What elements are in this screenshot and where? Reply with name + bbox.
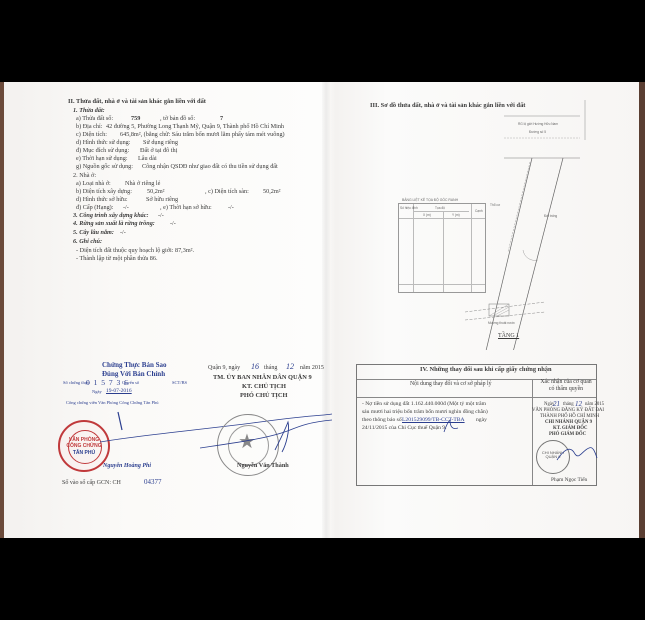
floor-area-label: , c) Diện tích sàn: <box>205 189 249 195</box>
floor-label: TẦNG 1 <box>498 333 519 339</box>
area-value: 645,8m², (bằng chữ: Sáu trăm bốn mươi lă… <box>120 132 285 138</box>
certification-line-2: Đúng Với Bản Chính <box>102 371 165 378</box>
bottom-road-lines <box>465 298 545 323</box>
parcel-number: 759 <box>131 116 140 122</box>
confirm-day: 21 <box>553 401 560 408</box>
ownership-value: Sở hữu riêng <box>146 197 178 203</box>
page-edge-left <box>0 82 4 538</box>
district-signer: Nguyễn Văn Thành <box>237 463 289 469</box>
map-number: 7 <box>220 116 223 122</box>
forest-value: -/- <box>170 221 176 227</box>
section-4-heading: IV. Những thay đổi sau khi cấp giấy chứn… <box>420 367 552 373</box>
perennial-value: -/- <box>120 230 126 236</box>
house-title: 2. Nhà ở: <box>73 173 96 179</box>
forest-label: 4. Rừng sản xuất là rừng trồng: <box>73 221 155 227</box>
confirm-role-2: PHÓ GIÁM ĐỐC <box>549 433 586 438</box>
district-signature <box>200 400 340 470</box>
coord-header-edge: Cạnh <box>475 209 483 213</box>
built-area-label: b) Diện tích xây dựng: <box>76 189 132 195</box>
perennial-label: 5. Cây lâu năm: <box>73 230 114 236</box>
built-area-value: 50,2m² <box>147 189 165 195</box>
address-label: b) Địa chỉ: <box>76 124 102 130</box>
land-title: 1. Thửa đất: <box>73 108 105 114</box>
road-top-note: RG lộ giới Hướng Hữu Nam <box>518 122 558 126</box>
certification-book-label: Quyển số <box>122 381 139 386</box>
coord-header-x: X (m) <box>423 213 431 217</box>
origin-label: g) Nguồn gốc sử dụng: <box>76 164 133 170</box>
coord-header-vertex: Số hiệu đỉnh <box>400 206 418 210</box>
term-label: e) Thời hạn sử dụng: <box>76 156 128 162</box>
origin-value: Công nhận QSDĐ như giao đất có thu tiền … <box>142 164 278 170</box>
notary-name: Nguyễn Hoàng Phi <box>103 463 151 469</box>
page-edge-right <box>639 82 645 538</box>
parcel-label: a) Thửa đất số: <box>76 116 113 122</box>
own-term-value: -/- <box>228 205 234 211</box>
coord-header-coord: Tọa độ <box>435 206 445 210</box>
area-label: c) Diện tích: <box>76 132 107 138</box>
house-type-value: Nhà ở riêng lẻ <box>125 181 160 187</box>
change-content-line: 24/11/2015 của Chi Cục thuế Quận 9. <box>362 426 446 432</box>
road-top-label: Đường số 5 <box>529 130 546 134</box>
change-content-line: ngày <box>476 418 487 424</box>
signing-month: 12 <box>286 363 294 371</box>
floor-area-value: 50,2m² <box>263 189 281 195</box>
confirm-signer: Phạm Ngọc Tiến <box>551 478 587 483</box>
signing-role-1: KT. CHỦ TỊCH <box>242 384 286 390</box>
other-works-label: 3. Công trình xây dựng khác: <box>73 213 149 219</box>
map-label: , tờ bản đồ số: <box>160 116 195 122</box>
change-content-line: sáu mươi hai triệu bốn trăm bốn mươi ngh… <box>362 410 488 416</box>
registry-label: Số vào sổ cấp GCN: CH <box>62 480 121 486</box>
use-form-label: d) Hình thức sử dụng: <box>76 140 131 146</box>
signing-date-prefix: Quận 9, ngày <box>208 365 240 371</box>
signing-role-2: PHÓ CHỦ TỊCH <box>240 393 287 399</box>
ownership-label: d) Hình thức sở hữu: <box>76 197 128 203</box>
changes-col-content-header: Nội dung thay đổi và cơ sở pháp lý <box>410 382 491 388</box>
signing-org: TM. ỦY BAN NHÂN DÂN QUẬN 9 <box>213 375 312 381</box>
change-content-line: theo thông báo số <box>362 418 402 424</box>
note-item: - Thành lập từ một phần thửa 86. <box>76 256 158 262</box>
term-value: Lâu dài <box>138 156 157 162</box>
purpose-value: Đất ở tại đô thị <box>140 148 177 154</box>
house-label: Thổ cư <box>490 203 500 207</box>
confirm-month: 12 <box>575 401 582 408</box>
notes-title: 6. Ghi chú: <box>73 239 102 245</box>
house-type-label: a) Loại nhà ở: <box>76 181 111 187</box>
neighbor-label: Đất trống <box>544 214 557 218</box>
change-initials <box>440 418 460 434</box>
grade-label: đ) Cấp (Hạng): <box>76 205 113 211</box>
changes-col-confirm-header: Xác nhận của cơ quan có thẩm quyền <box>538 379 594 393</box>
address-value: 42 đường 5, Phường Long Thạnh Mỹ, Quận 9… <box>106 124 284 130</box>
signing-year: năm 2015 <box>300 365 324 371</box>
own-term-label: , e) Thời hạn sở hữu: <box>160 205 212 211</box>
change-content-line: - Nợ tiền sử dụng đất 1.162.440.000đ (Mộ… <box>362 402 486 408</box>
signing-day: 16 <box>251 363 259 371</box>
purpose-label: đ) Mục đích sử dụng: <box>76 148 129 154</box>
coord-header-y: Y (m) <box>452 213 460 217</box>
other-works-value: -/- <box>158 213 164 219</box>
grade-value: -/- <box>123 205 129 211</box>
signing-month-label: tháng <box>264 365 277 371</box>
certification-book-suffix: SCT/BS <box>172 381 187 386</box>
certification-date: 19-07-2016 <box>106 389 132 395</box>
certification-line-1: Chứng Thực Bản Sao <box>102 362 167 369</box>
coord-table-title: BẢNG LIỆT KÊ TỌA ĐỘ GÓC RANH <box>402 198 458 202</box>
coordinate-table: Số hiệu đỉnh Tọa độ X (m) Y (m) Cạnh <box>398 203 486 293</box>
use-form-value: Sử dụng riêng <box>143 140 178 146</box>
certification-date-label: Ngày <box>92 390 102 395</box>
section-2-heading: II. Thửa đất, nhà ở và tài sản khác gắn … <box>68 99 206 105</box>
registry-number: 04377 <box>144 479 162 486</box>
registry-signature <box>555 440 600 470</box>
note-item: - Diện tích đất thuộc quy hoạch lộ giới:… <box>76 248 194 254</box>
